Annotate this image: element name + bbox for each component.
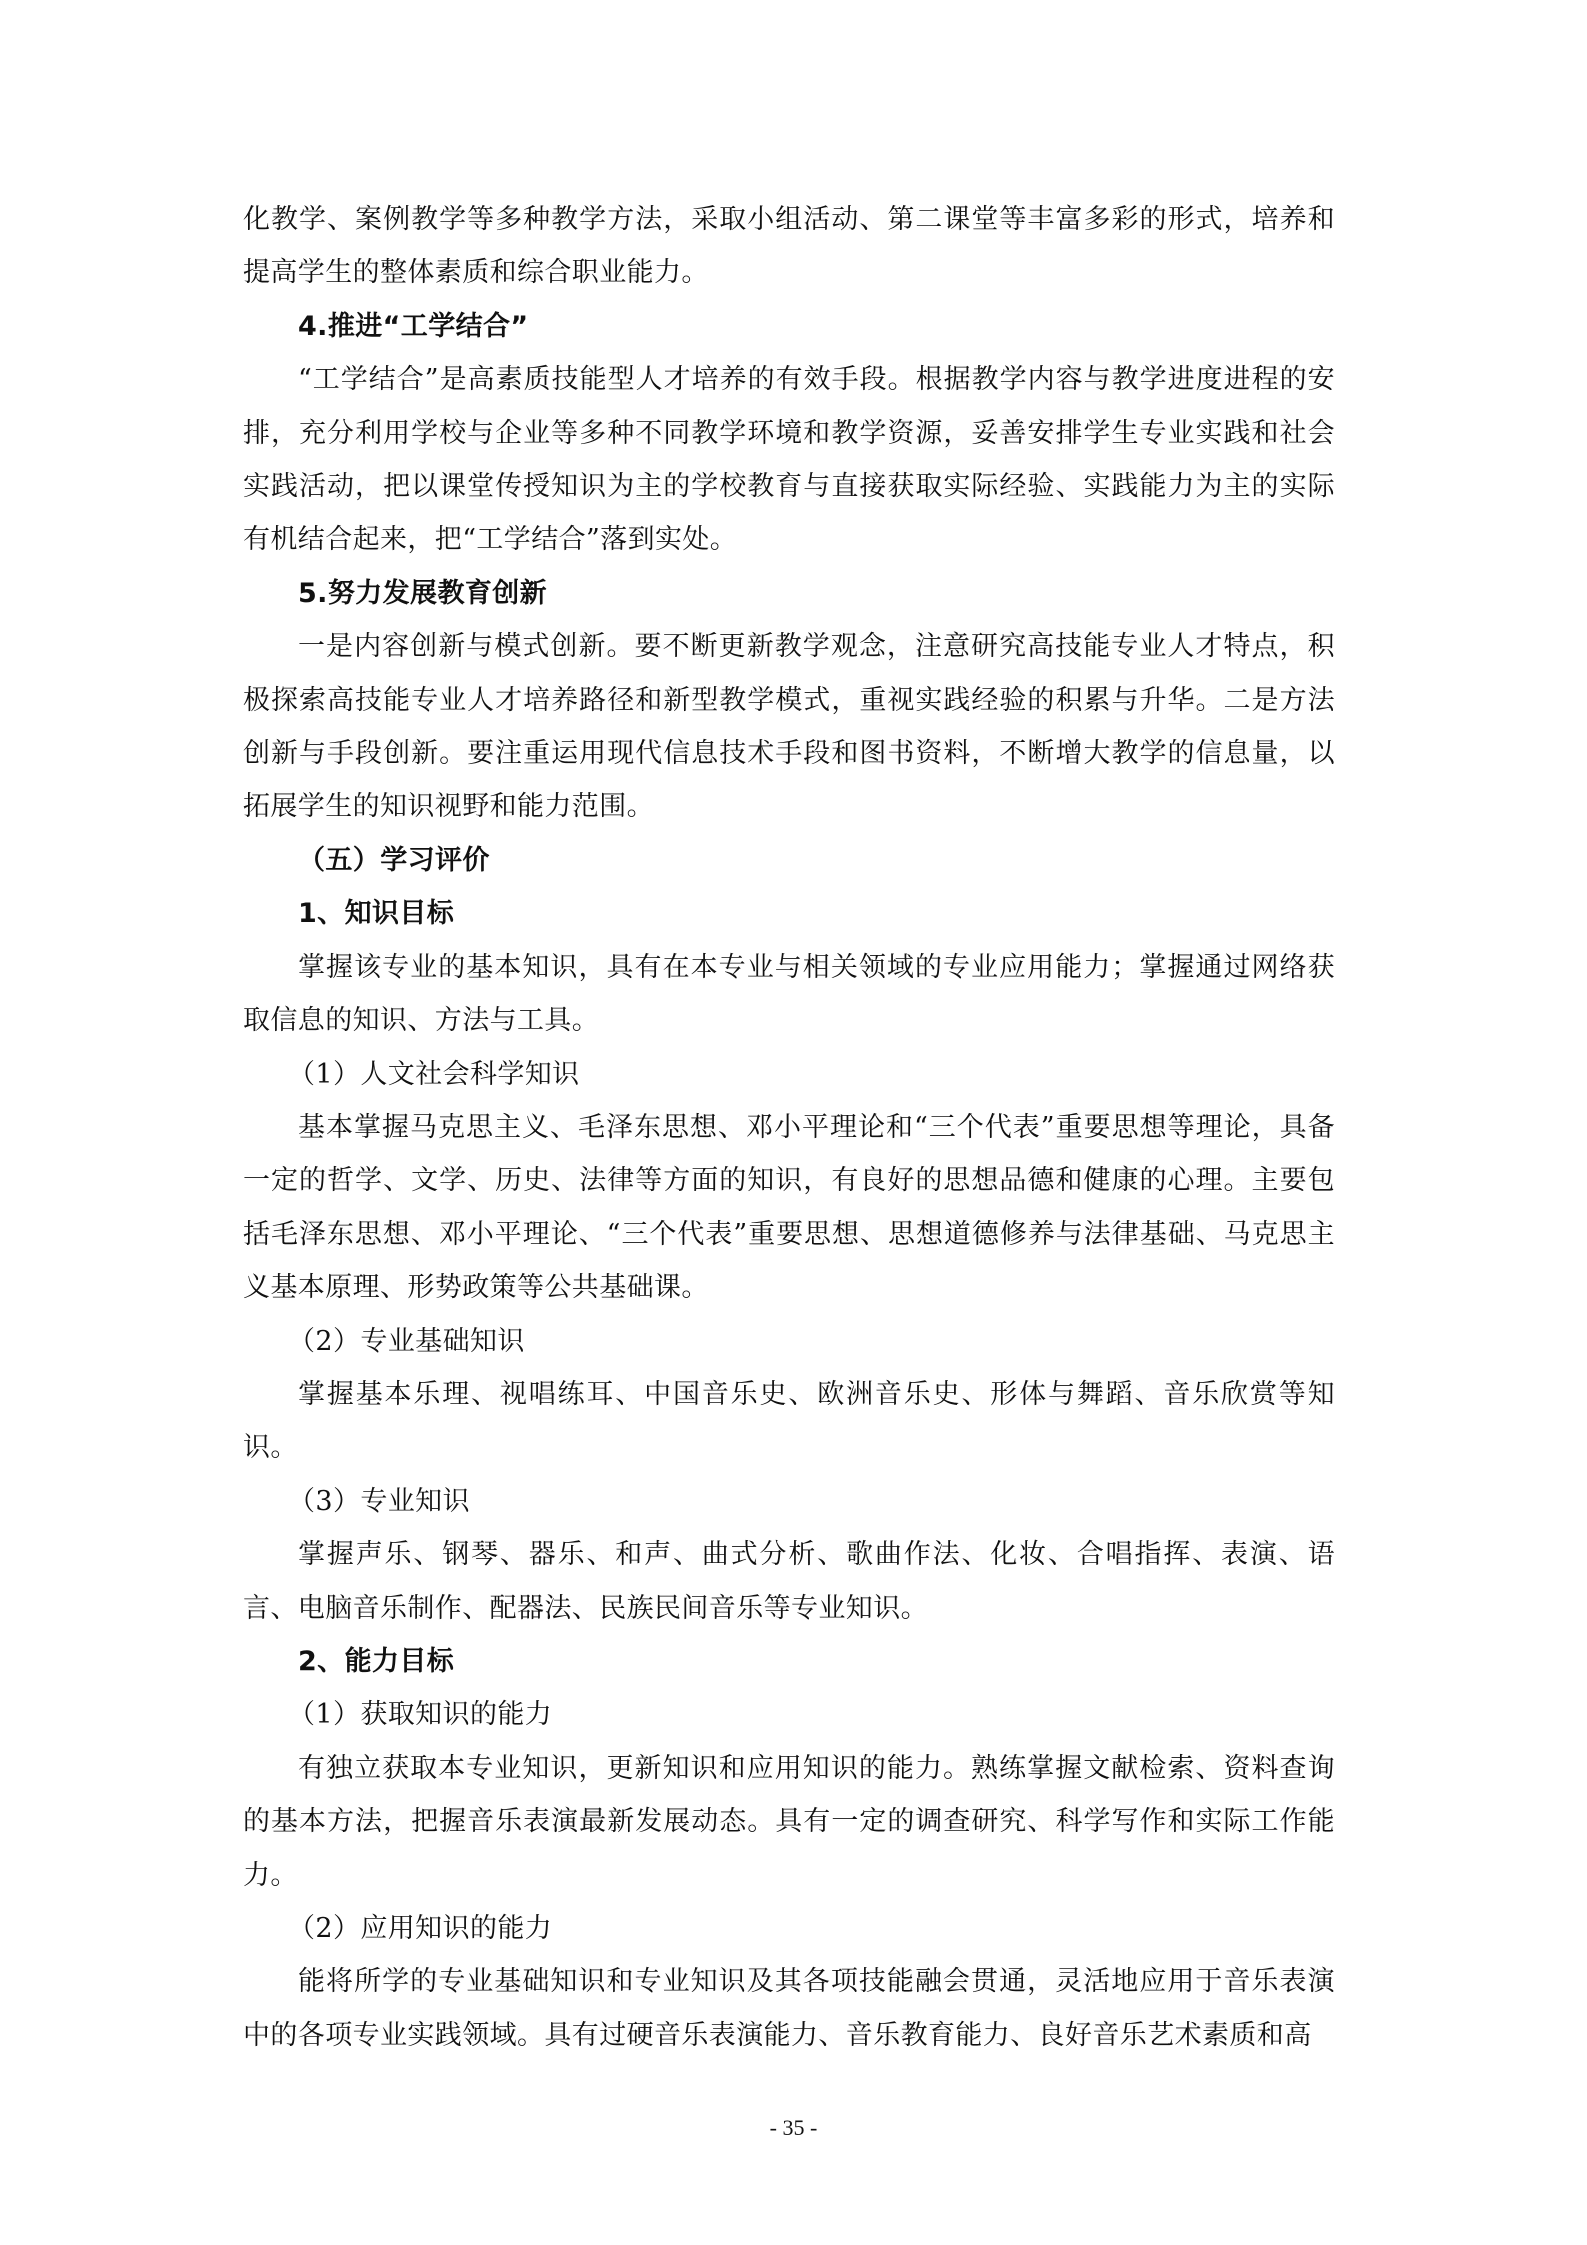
document-body: 化教学、案例教学等多种教学方法，采取小组活动、第二课堂等丰富多彩的形式，培养和提… — [243, 193, 1335, 2062]
section-heading-innovation: 5.努力发展教育创新 — [243, 567, 1335, 620]
subheading-basic-knowledge: （2）专业基础知识 — [243, 1315, 1335, 1368]
paragraph: 一是内容创新与模式创新。要不断更新教学观念，注意研究高技能专业人才特点，积极探索… — [243, 620, 1335, 834]
subheading-humanities: （1）人文社会科学知识 — [243, 1048, 1335, 1101]
section-heading-work-study: 4.推进“工学结合” — [243, 300, 1335, 353]
subheading-professional-knowledge: （3）专业知识 — [243, 1475, 1335, 1528]
subheading-apply-knowledge: （2）应用知识的能力 — [243, 1902, 1335, 1955]
page-number: - 35 - — [0, 2115, 1587, 2141]
paragraph: 掌握基本乐理、视唱练耳、中国音乐史、欧洲音乐史、形体与舞蹈、音乐欣赏等知识。 — [243, 1368, 1335, 1475]
paragraph: 掌握该专业的基本知识，具有在本专业与相关领域的专业应用能力；掌握通过网络获取信息… — [243, 941, 1335, 1048]
paragraph: 能将所学的专业基础知识和专业知识及其各项技能融会贯通，灵活地应用于音乐表演中的各… — [243, 1955, 1335, 2062]
paragraph: “工学结合”是高素质技能型人才培养的有效手段。根据教学内容与教学进度进程的安排，… — [243, 353, 1335, 567]
subheading-acquire-knowledge: （1）获取知识的能力 — [243, 1688, 1335, 1741]
section-heading-knowledge-goals: 1、知识目标 — [243, 887, 1335, 940]
section-heading-learning-evaluation: （五）学习评价 — [243, 834, 1335, 887]
paragraph: 掌握声乐、钢琴、器乐、和声、曲式分析、歌曲作法、化妆、合唱指挥、表演、语言、电脑… — [243, 1528, 1335, 1635]
paragraph: 有独立获取本专业知识，更新知识和应用知识的能力。熟练掌握文献检索、资料查询的基本… — [243, 1742, 1335, 1902]
section-heading-ability-goals: 2、能力目标 — [243, 1635, 1335, 1688]
paragraph-continuation: 化教学、案例教学等多种教学方法，采取小组活动、第二课堂等丰富多彩的形式，培养和提… — [243, 193, 1335, 300]
paragraph: 基本掌握马克思主义、毛泽东思想、邓小平理论和“三个代表”重要思想等理论，具备一定… — [243, 1101, 1335, 1315]
